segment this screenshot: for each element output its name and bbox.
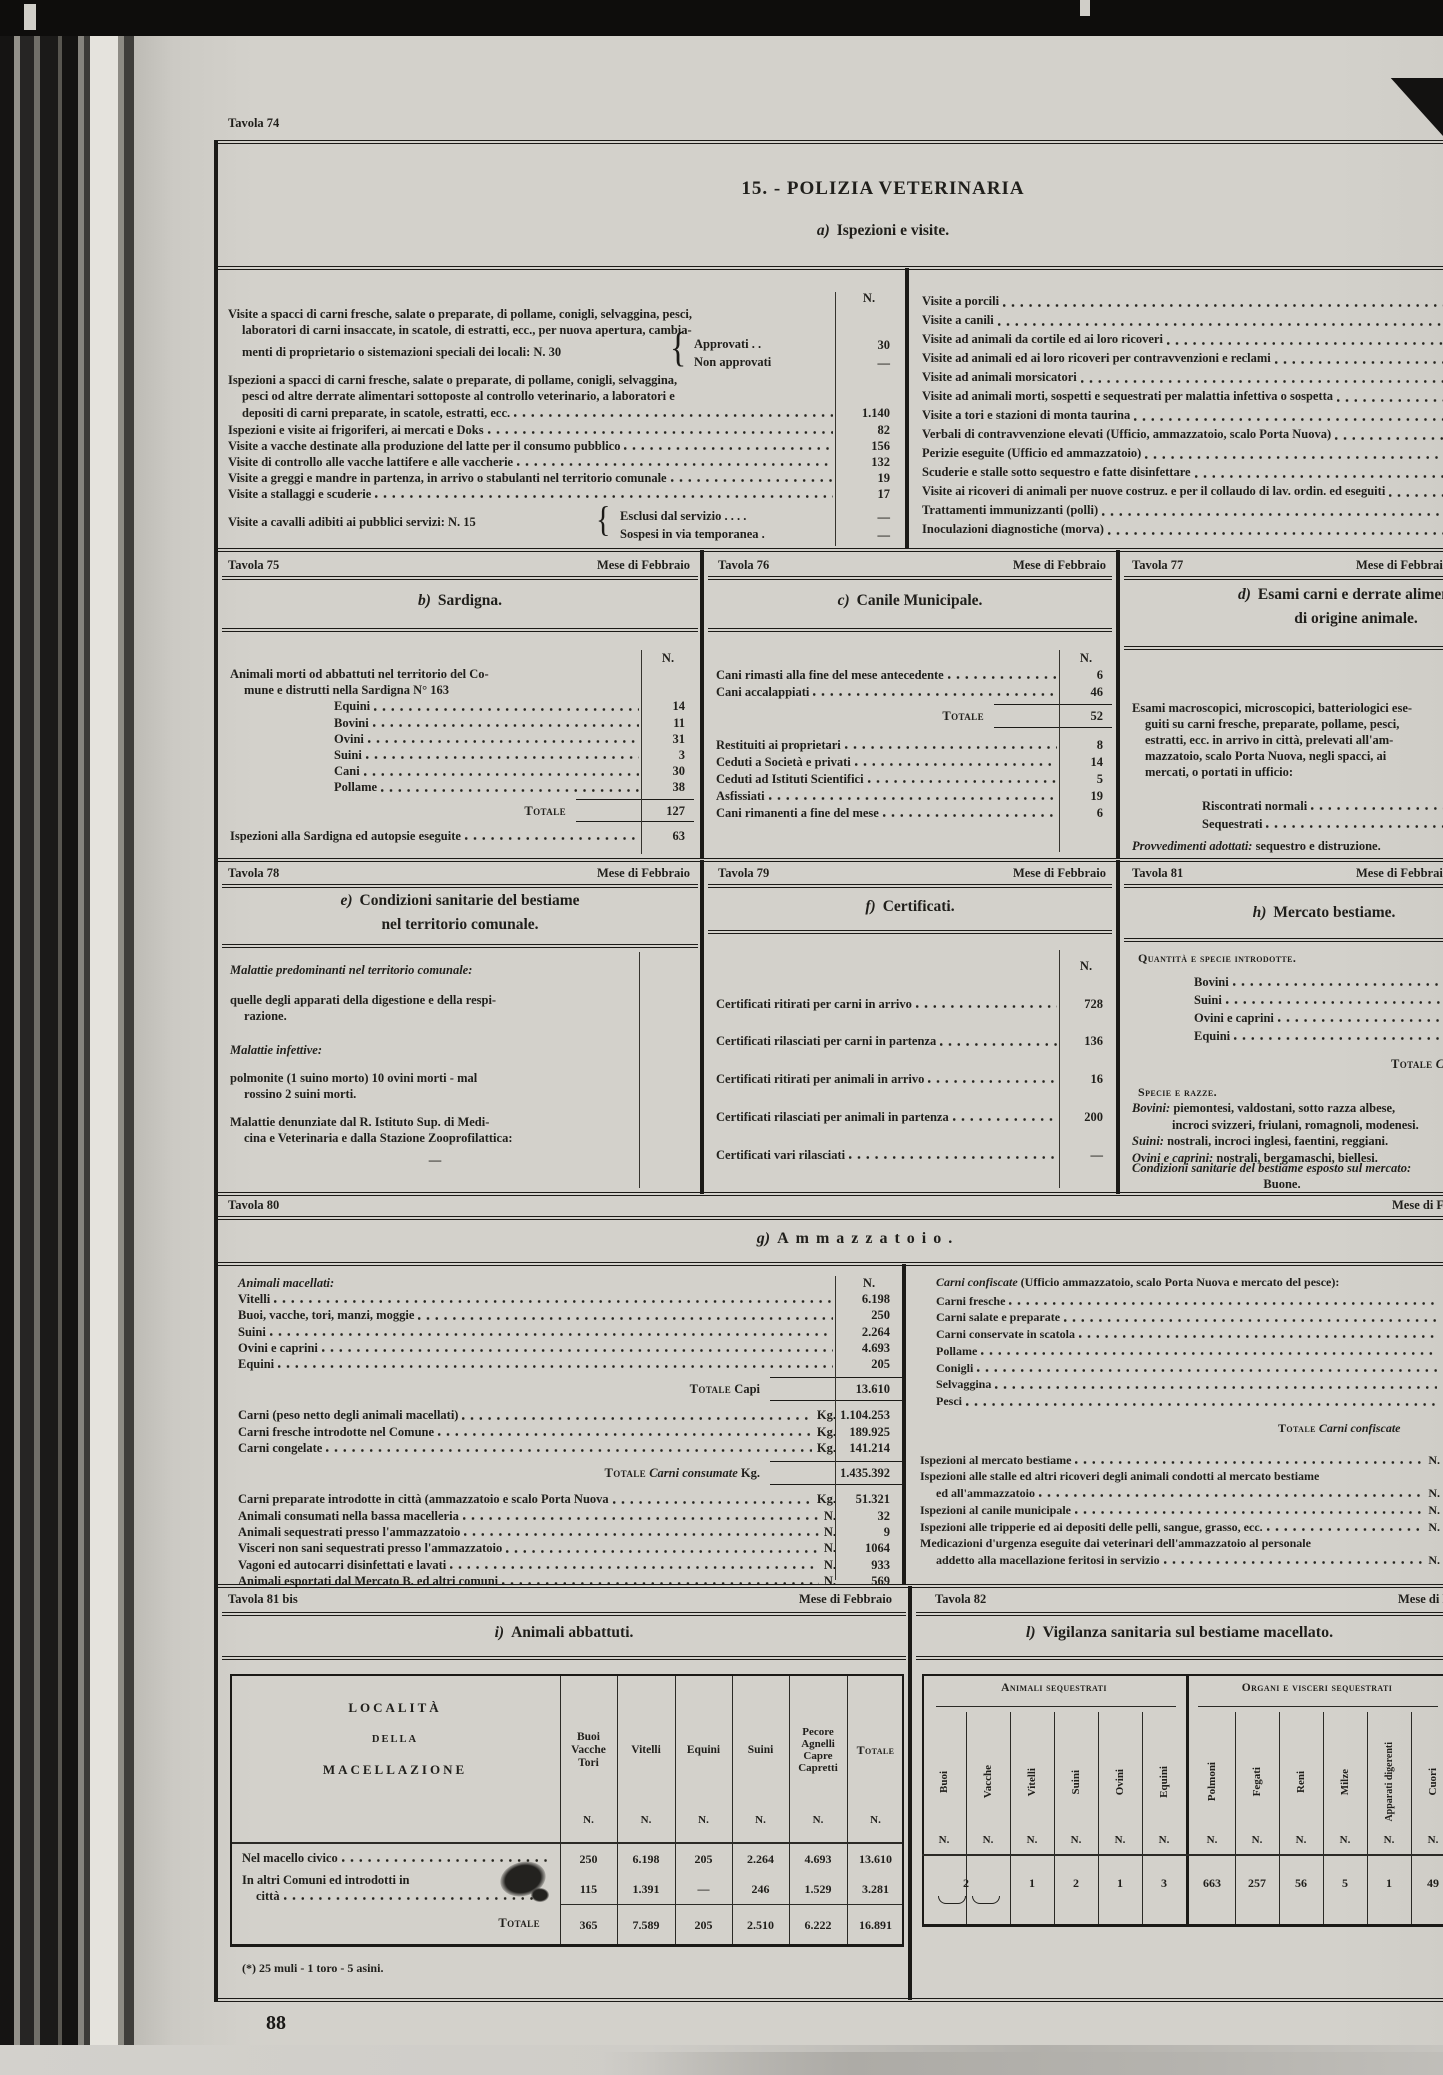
para-line: rossino 2 suini morti.: [244, 1086, 356, 1102]
col-header: Milze: [1323, 1714, 1367, 1850]
list-row: Visite a stallaggi e scuderie 17: [228, 486, 902, 502]
col-unit: N.: [1367, 1834, 1411, 1846]
cell-value: 205: [675, 1918, 732, 1933]
col-unit: N.: [922, 1834, 966, 1846]
col-header: Suini: [1054, 1714, 1098, 1850]
dots-leader: [812, 687, 1057, 699]
t77-note: Provvedimenti adottati: sequestro e dist…: [1132, 838, 1443, 854]
dots-leader: [373, 702, 639, 714]
dots-leader: [1334, 431, 1443, 443]
t74-left-list: N. Visite a spacci di carni fresche, sal…: [228, 290, 902, 548]
frame-left-rule: [214, 140, 218, 2002]
col-header-line: Buoi: [577, 1731, 600, 1744]
group-heading: Animali macellati:: [228, 1275, 334, 1291]
table-76-label: Tavola 76: [718, 558, 769, 573]
list-row: Ispezioni alle tripperie ed ai depositi …: [920, 1518, 1440, 1535]
row-label: Visite ai ricoveri di animali per nuove …: [922, 482, 1385, 501]
row-label: Equini: [230, 698, 370, 714]
dots-leader: [273, 1294, 833, 1306]
row-value: 136: [1060, 1033, 1112, 1049]
row-label: Visite di controllo alle vacche lattifer…: [228, 454, 513, 470]
col-header-line: Vacche: [571, 1744, 606, 1757]
row-label: Visite a porcili: [922, 292, 999, 311]
h-rule: [222, 884, 698, 888]
heading-italic: Carni confiscate: [936, 1275, 1018, 1289]
option-label: Non approvati: [694, 354, 771, 370]
col-header: Buoi: [922, 1714, 966, 1850]
col-header-della: DELLA: [245, 1734, 545, 1745]
col-unit: N.: [1279, 1834, 1323, 1846]
cell-value: —: [675, 1882, 732, 1897]
col-unit: N.: [1323, 1834, 1367, 1846]
dots-leader: [670, 473, 833, 485]
month-label: Mese di Febbraio: [520, 558, 690, 573]
list-row: Cani rimasti alla fine del mese antecede…: [716, 666, 1112, 683]
column-divider: [908, 1586, 912, 2000]
dots-leader: [365, 750, 639, 762]
breed-line: Suini: nostrali, incroci inglesi, faenti…: [1132, 1133, 1443, 1150]
cell-value-merged: 2: [922, 1876, 1010, 1891]
total-value: 52: [1060, 708, 1112, 724]
row-label: Visite a canili: [922, 311, 994, 330]
row-value: 4.693: [836, 1340, 902, 1356]
dots-leader: [1166, 336, 1443, 348]
col-header-vertical: Apparati digerenti: [1384, 1742, 1395, 1822]
dots-leader: [437, 1427, 812, 1439]
t80-left-list: Animali macellati: N. Vitelli 6.198 Buoi…: [228, 1274, 902, 1582]
row-label: Ispezioni alle stalle ed altri ricoveri …: [920, 1468, 1440, 1484]
row-label: Visite ad animali ed ai loro ricoveri pe…: [922, 349, 1271, 368]
option-value: —: [878, 355, 891, 371]
para-heading: Malattie predominanti nel territorio com…: [230, 962, 472, 978]
column-divider: [902, 1264, 906, 1584]
item-line: Ispezioni a spacci di carni fresche, sal…: [228, 372, 677, 388]
table-79-label: Tavola 79: [718, 866, 769, 881]
dots-leader: [1133, 412, 1443, 424]
col-header: Polmoni: [1189, 1714, 1235, 1850]
topbar-notch: [1080, 0, 1090, 16]
table-82-title: l)Vigilanza sanitaria sul bestiame macel…: [916, 1624, 1443, 1642]
table-80-title: g)Ammazzatoio.: [218, 1230, 1443, 1248]
row-label: Visite ad animali morti, sospetti e sequ…: [922, 387, 1333, 406]
row-value: 46: [1060, 684, 1112, 700]
dots-leader: [463, 1527, 819, 1539]
note-prefix: Provvedimenti adottati:: [1132, 839, 1252, 853]
table-78-label: Tavola 78: [228, 866, 279, 881]
cell-value: 250: [560, 1852, 617, 1867]
list-row: Ispezioni al canile municipale N.: [920, 1501, 1440, 1518]
list-row: addetto alla macellazione feritosi in se…: [920, 1551, 1440, 1568]
title-prefix: f): [865, 898, 875, 915]
list-row: Certificati rilasciati per animali in pa…: [716, 1109, 1112, 1125]
cell-value: 365: [560, 1918, 617, 1933]
dots-leader: [1163, 1555, 1424, 1567]
row-label: Ispezioni alle tripperie ed ai depositi …: [920, 1519, 1263, 1535]
body-line: mercati, o portati in ufficio:: [1132, 764, 1443, 780]
row-unit: N.: [1428, 1452, 1440, 1468]
month-label: Mese di Febbraio: [1356, 558, 1443, 573]
n-header-row: Animali macellati: N.: [228, 1274, 902, 1291]
dots-leader: [1144, 450, 1443, 462]
table-border: [922, 1674, 1443, 1676]
t81-total: Totale Capi: [1290, 1056, 1443, 1072]
total-row: Totale 127: [230, 799, 694, 823]
list-row: Carni fresche: [920, 1292, 1440, 1309]
row-label: città: [242, 1888, 280, 1904]
table-border: [230, 1944, 904, 1947]
col-unit: N.: [1142, 1834, 1186, 1846]
row-label: Ovini e caprini: [228, 1340, 318, 1356]
dots-leader: [994, 1380, 1437, 1392]
dash-value: —: [230, 1152, 640, 1168]
item-line: Visite a spacci di carni fresche, salate…: [228, 306, 692, 322]
t80-inspection-rows: Ispezioni al mercato bestiame N. Ispezio…: [920, 1452, 1440, 1569]
row-value: 200: [1060, 1109, 1112, 1125]
row-label: Bovini: [1132, 974, 1229, 990]
footnote: (*) 25 muli - 1 toro - 5 asini.: [242, 1960, 383, 1976]
row-value: 1.140: [836, 405, 902, 421]
row-value: 141.214: [836, 1440, 902, 1456]
row-value: 63: [642, 828, 694, 844]
row-label: Trattamenti immunizzanti (polli): [922, 501, 1098, 520]
row-unit: Kg.: [817, 1491, 836, 1507]
cell-value: 1.391: [617, 1882, 675, 1897]
dots-leader: [965, 1397, 1437, 1409]
h-rule: [916, 1656, 1443, 1660]
row-label: Nel macello civico: [242, 1850, 338, 1866]
dots-leader: [1225, 995, 1443, 1007]
h-rule: [916, 1612, 1443, 1616]
row-label: Sequestrati: [1132, 816, 1262, 832]
row-label: Ispezioni e visite ai frigoriferi, ai me…: [228, 422, 484, 438]
title-text: Vigilanza sanitaria sul bestiame macella…: [1043, 1624, 1334, 1641]
t76-rows-bottom: Restituiti ai proprietari 8 Ceduti a Soc…: [716, 736, 1112, 821]
row-label: Ceduti ad Istituti Scientifici: [716, 771, 864, 787]
dots-leader: [939, 1037, 1057, 1049]
table-82-label: Tavola 82: [935, 1592, 986, 1607]
t75-list: N. Animali morti od abbattuti nel territ…: [230, 648, 694, 856]
row-label: Certificati vari rilasciati: [716, 1147, 845, 1163]
row-label: Ispezioni al mercato bestiame: [920, 1452, 1071, 1468]
title-prefix: c): [838, 592, 850, 609]
row-label: Riscontrati normali: [1132, 798, 1307, 814]
list-row: Buoi, vacche, tori, manzi, moggie 250: [228, 1307, 902, 1323]
month-label: Mese di Febbraio: [930, 558, 1106, 573]
grid-line: [936, 1706, 1176, 1707]
col-unit: N.: [1189, 1834, 1235, 1846]
t81-breeds: Bovini: piemontesi, valdostani, sotto ra…: [1132, 1100, 1443, 1166]
list-row: Visite ad animali morsicatori: [922, 368, 1443, 387]
dots-leader: [882, 808, 1057, 820]
row-label: Inoculazioni diagnostiche (morva): [922, 520, 1104, 539]
col-header: Vitelli: [1010, 1714, 1054, 1850]
t81-section2-heading: Specie e razze.: [1138, 1084, 1217, 1100]
cell-value: 2.510: [732, 1918, 789, 1933]
row-value: 5: [1060, 771, 1112, 787]
para-heading: Malattie infettive:: [230, 1042, 322, 1058]
frame-bottom-rule: [214, 1998, 1443, 2002]
col-header-vertical: Equini: [1158, 1766, 1170, 1798]
row-value: 2.264: [836, 1324, 902, 1340]
col-unit: N.: [1054, 1834, 1098, 1846]
dots-leader: [487, 425, 833, 437]
dots-leader: [915, 999, 1057, 1011]
col-header-line: Capre: [803, 1750, 832, 1762]
col-unit: N.: [732, 1814, 789, 1826]
col-header: Cuori: [1411, 1714, 1443, 1850]
title-text: Mercato bestiame.: [1273, 904, 1395, 921]
cell-value: 7.589: [617, 1918, 675, 1933]
group-header-organi: Organi e visceri sequestrati: [1189, 1682, 1443, 1694]
col-header-vertical: Vacche: [982, 1765, 994, 1798]
list-row: Equini 205: [228, 1356, 902, 1372]
para-line: polmonite (1 suino morto) 10 ovini morti…: [230, 1070, 477, 1086]
column-divider: [700, 550, 704, 858]
topbar-notch: [24, 4, 36, 30]
col-header-vertical: Buoi: [938, 1771, 950, 1793]
total-unit: Kg.: [741, 1465, 760, 1481]
list-row: Cani accalappiati 46: [716, 683, 1112, 700]
list-row: Ispezioni e visite ai frigoriferi, ai me…: [228, 422, 902, 438]
t81bis-row2-line1: In altri Comuni ed introdotti in: [242, 1872, 410, 1888]
total-value-box: 52: [994, 704, 1112, 727]
dots-leader: [952, 1112, 1057, 1124]
h-rule: [218, 1192, 1443, 1196]
list-row: Visite a porcili: [922, 292, 1443, 311]
row-value: 31: [642, 731, 694, 747]
frame-top-rule: [214, 140, 1443, 144]
dots-leader: [461, 1411, 811, 1423]
row-label: Conigli: [920, 1360, 973, 1376]
row-label: Vitelli: [228, 1291, 270, 1307]
row-label: Ovini: [230, 731, 364, 747]
head-line: mune e distrutti nella Sardigna N° 163: [230, 682, 694, 698]
row-value: 205: [836, 1356, 902, 1372]
title-prefix: d): [1238, 586, 1251, 603]
item-line: pesci od altre derrate alimentari sottop…: [242, 388, 675, 404]
row-label: Carni fresche introdotte nel Comune: [228, 1424, 434, 1440]
row-unit: N.: [1428, 1552, 1440, 1568]
n-header-row: N.: [228, 290, 902, 306]
group-header-animali: Animali sequestrati: [922, 1682, 1186, 1694]
col-header-vertical: Fegati: [1251, 1767, 1263, 1796]
t80-misc-rows: Carni preparate introdotte in città (amm…: [228, 1491, 902, 1589]
row-value: 17: [836, 486, 902, 502]
cell-value: 49: [1411, 1876, 1443, 1891]
total-italic: Carni consumate: [649, 1465, 738, 1481]
row-value: 728: [1060, 996, 1112, 1012]
list-row: Equini: [1132, 1026, 1443, 1044]
h-rule: [1124, 646, 1443, 650]
dots-leader: [854, 757, 1057, 769]
col-header-line: Totale: [857, 1743, 895, 1758]
t79-rows: Certificati ritirati per carni in arrivo…: [716, 996, 1112, 1163]
cell-value: 257: [1235, 1876, 1279, 1891]
list-row: Perizie eseguite (Ufficio ed ammazzatoio…: [922, 444, 1443, 463]
list-row: Visite ad animali da cortile ed ai loro …: [922, 330, 1443, 349]
cell-value: 1: [1367, 1876, 1411, 1891]
list-row: Visite ad animali ed ai loro ricoveri pe…: [922, 349, 1443, 368]
month-label: Mese di Febbraio: [930, 866, 1106, 881]
n-header-row: N.: [716, 648, 1112, 666]
row-value: 14: [1060, 754, 1112, 770]
col-header-line: Equini: [687, 1744, 720, 1756]
table-81bis-title: i)Animali abbattuti.: [222, 1624, 906, 1642]
scanner-top-bar: [0, 0, 1443, 36]
row-value: 132: [836, 454, 902, 470]
cell-value: 3: [1142, 1876, 1186, 1891]
title-prefix: b): [418, 592, 431, 609]
dots-leader: [462, 1511, 819, 1523]
list-row: Certificati ritirati per animali in arri…: [716, 1071, 1112, 1087]
col-unit: N.: [1411, 1834, 1443, 1846]
cell-value: 663: [1189, 1876, 1235, 1891]
option-value: 30: [878, 337, 891, 353]
col-header-line: Vitelli: [631, 1744, 661, 1756]
table-border: [230, 1674, 904, 1676]
dots-leader: [947, 670, 1057, 682]
list-row: Cani 30: [230, 763, 694, 779]
item-line: Visite a cavalli adibiti ai pubblici ser…: [228, 514, 476, 530]
cell-value: 16.891: [847, 1918, 904, 1933]
brace-arc: [972, 1896, 1000, 1904]
item-line: laboratori di carni insaccate, in scatol…: [242, 322, 692, 338]
row-label: Ispezioni al canile municipale: [920, 1502, 1071, 1518]
dots-leader: [516, 457, 833, 469]
list-row: Ovini 31: [230, 731, 694, 747]
row-label: Medicazioni d'urgenza eseguite dai veter…: [920, 1535, 1440, 1551]
dots-leader: [1265, 819, 1443, 831]
h-rule: [1124, 884, 1443, 888]
t80-right-list: Carni confiscate (Ufficio ammazzatoio, s…: [920, 1274, 1440, 1580]
option-value: —: [878, 509, 891, 525]
row-label: Vagoni ed autocarri disinfettati e lavat…: [228, 1557, 446, 1573]
col-header: Suini: [732, 1690, 789, 1810]
row-value: 30: [642, 763, 694, 779]
list-row: Pollame: [920, 1342, 1440, 1359]
col-header-vertical: Reni: [1295, 1771, 1307, 1793]
t80-confiscate-rows: Carni fresche Carni salate e preparate C…: [920, 1292, 1440, 1410]
dots-leader: [1038, 1488, 1423, 1500]
row-value: 250: [836, 1307, 902, 1323]
total-italic: Carni confiscate: [1319, 1421, 1401, 1435]
h-rule: [222, 1612, 906, 1616]
cell-value: 1: [1010, 1876, 1054, 1891]
dots-leader: [1232, 977, 1443, 989]
row-label: Visceri non sani sequestrati presso l'am…: [228, 1540, 502, 1556]
col-header: Vitelli: [617, 1690, 675, 1810]
list-row: Scuderie e stalle sotto sequestro e fatt…: [922, 463, 1443, 482]
row-value: 82: [836, 422, 902, 438]
cell-value: 2: [1054, 1876, 1098, 1891]
table-border: [922, 1924, 1443, 1927]
list-row: Visite ad animali morti, sospetti e sequ…: [922, 387, 1443, 406]
row-label: Suini: [1132, 992, 1222, 1008]
t81bis-row1-label: Nel macello civico: [242, 1850, 550, 1866]
dots-leader: [513, 408, 833, 420]
dots-leader: [363, 767, 639, 779]
table-75-title: b)Sardigna.: [222, 592, 698, 610]
t80-animali-rows: Vitelli 6.198 Buoi, vacche, tori, manzi,…: [228, 1291, 902, 1372]
list-row: Asfissiati 19: [716, 787, 1112, 804]
v-rule-thin: [1059, 950, 1060, 1188]
list-row: Cani rimanenti a fine del mese 6: [716, 804, 1112, 821]
dots-leader: [848, 1150, 1057, 1162]
row-label: Carni preparate introdotte in città (amm…: [228, 1491, 609, 1507]
col-header: Reni: [1279, 1714, 1323, 1850]
col-header: Pecore Agnelli Capre Capretti: [789, 1690, 847, 1810]
dots-leader: [1107, 526, 1443, 538]
total-label: Totale: [524, 803, 566, 819]
t74-right-rows: Visite a porcili Visite a canili Visite …: [922, 292, 1443, 539]
cell-value: 13.610: [847, 1852, 904, 1867]
col-header-line: Tori: [578, 1757, 599, 1770]
list-row: Trattamenti immunizzanti (polli): [922, 501, 1443, 520]
grid-line: [922, 1854, 1443, 1856]
list-row: Ispezioni al mercato bestiame N.: [920, 1452, 1440, 1469]
table-79-title: f)Certificati.: [708, 898, 1112, 916]
cell-value: 56: [1279, 1876, 1323, 1891]
n-header-row: N.: [230, 648, 694, 666]
t81-section1-heading: Quantità e specie introdotte.: [1138, 950, 1296, 966]
row-value: 1064: [836, 1540, 902, 1556]
t77-body: Esami macroscopici, microscopici, batter…: [1132, 700, 1443, 780]
row-value: 8: [1060, 737, 1112, 753]
row-label: Restituiti ai proprietari: [716, 737, 841, 753]
total-value-box: 1.435.392: [770, 1461, 902, 1484]
row-value: 38: [642, 779, 694, 795]
h-rule: [708, 930, 1112, 934]
row-label: Verbali di contravvenzione elevati (Uffi…: [922, 425, 1331, 444]
t81-condition-value: Buone.: [1132, 1176, 1432, 1192]
v-rule-thin: [835, 1276, 836, 1580]
row-label: Pollame: [230, 779, 377, 795]
total-value: 127: [642, 803, 694, 819]
total-label: Totale: [690, 1381, 732, 1397]
h-rule: [222, 628, 698, 632]
total-value: 1.435.392: [836, 1465, 902, 1481]
list-row: Suini 2.264: [228, 1324, 902, 1340]
row-label: Visite a vacche destinate alla produzion…: [228, 438, 620, 454]
table-74-label: Tavola 74: [228, 116, 279, 131]
col-header: Totale: [847, 1690, 904, 1810]
cell-value: 5: [1323, 1876, 1367, 1891]
item-line-row: depositi di carni preparate, in scatole,…: [242, 405, 902, 421]
table-76-title: c)Canile Municipale.: [708, 592, 1112, 610]
column-header-n: N.: [642, 650, 694, 666]
list-row: Verbali di contravvenzione elevati (Uffi…: [922, 425, 1443, 444]
dots-leader: [612, 1495, 812, 1507]
dots-leader: [449, 1560, 819, 1572]
col-unit: N.: [1098, 1834, 1142, 1846]
col-header: Ovini: [1098, 1714, 1142, 1850]
list-row: Bovini 11: [230, 715, 694, 731]
dots-leader: [1008, 1296, 1437, 1308]
row-label: Visite a tori e stazioni di monta taurin…: [922, 406, 1130, 425]
t74-right-list: Visite a porcili Visite a canili Visite …: [922, 292, 1443, 544]
cell-value: 115: [560, 1882, 617, 1897]
head-line: Animali morti od abbattuti nel territori…: [230, 666, 694, 682]
list-row: Ispezioni alla Sardigna ed autopsie eseg…: [230, 828, 694, 844]
dots-leader: [844, 740, 1057, 752]
table-border: [230, 1674, 232, 1946]
total-value: 13.610: [836, 1381, 902, 1397]
list-row: Restituiti ai proprietari 8: [716, 736, 1112, 753]
total-suffix: Capi: [1436, 1057, 1443, 1071]
h-rule: [218, 1262, 1443, 1266]
title-prefix: i): [495, 1624, 504, 1641]
book-binding-edge: [0, 36, 134, 2045]
